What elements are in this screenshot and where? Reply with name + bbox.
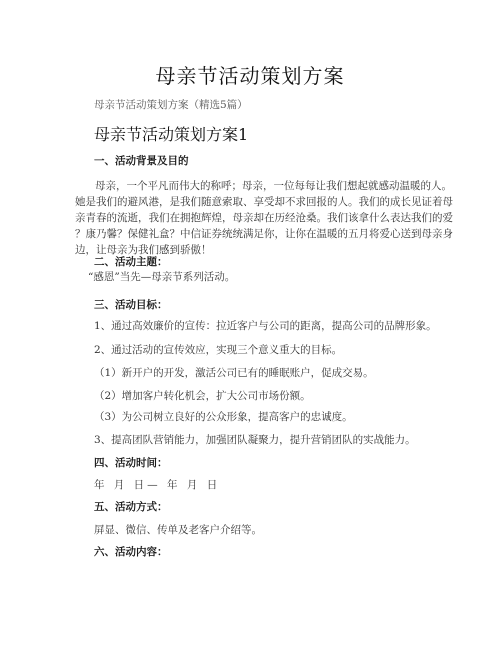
heading-method: 五、活动方式：: [94, 499, 168, 514]
heading-time: 四、活动时间：: [94, 455, 168, 470]
heading-content: 六、活动内容：: [94, 544, 168, 559]
theme-text: “感恩”当先—母亲节系列活动。: [88, 269, 235, 284]
background-paragraph: 母亲，一个平凡而伟大的称呼；母亲，一位每每让我们想起就感动温暖的人。 她是我们的…: [75, 178, 415, 258]
goal-item: 1、通过高效廉价的宣传：拉近客户与公司的距离，提高公司的品牌形象。: [94, 318, 437, 333]
goal-item: 2、通过活动的宣传效应，实现三个意义重大的目标。: [94, 342, 342, 357]
document-page: 母亲节活动策划方案 母亲节活动策划方案（精选5篇） 母亲节活动策划方案1 一、活…: [0, 0, 500, 647]
paragraph-line: ？康乃馨？保健礼盒？中信证券统统满足你，让你在温暖的五月将爱心送到母亲身: [75, 226, 415, 242]
heading-goals: 三、活动目标：: [94, 297, 168, 312]
goal-item: （2）增加客户转化机会，扩大公司市场份额。: [94, 388, 311, 403]
heading-background: 一、活动背景及目的: [94, 153, 189, 168]
method-text: 屏显、微信、传单及老客户介绍等。: [94, 522, 262, 537]
section-title: 母亲节活动策划方案1: [94, 122, 248, 145]
goal-item: （3）为公司树立良好的公众形象，提高客户的忠诚度。: [94, 409, 353, 424]
time-text: 年 月 日— 年 月 日: [94, 477, 220, 492]
goal-item: 3、提高团队营销能力，加强团队凝聚力，提升营销团队的实战能力。: [94, 432, 416, 447]
paragraph-line: 母亲，一个平凡而伟大的称呼；母亲，一位每每让我们想起就感动温暖的人。: [75, 178, 415, 194]
paragraph-line: 她是我们的避风港，是我们随意索取、享受却不求回报的人。我们的成长见证着母: [75, 194, 415, 210]
document-subtitle: 母亲节活动策划方案（精选5篇）: [94, 97, 248, 112]
heading-theme: 二、活动主题：: [94, 254, 168, 269]
goal-item: （1）新开户的开发，激活公司已有的睡眠账户，促成交易。: [94, 365, 374, 380]
document-title: 母亲节活动策划方案: [0, 60, 500, 89]
paragraph-line: 亲青春的流逝，我们在拥抱辉煌，母亲却在历经沧桑。我们该拿什么表达我们的爱: [75, 210, 415, 226]
